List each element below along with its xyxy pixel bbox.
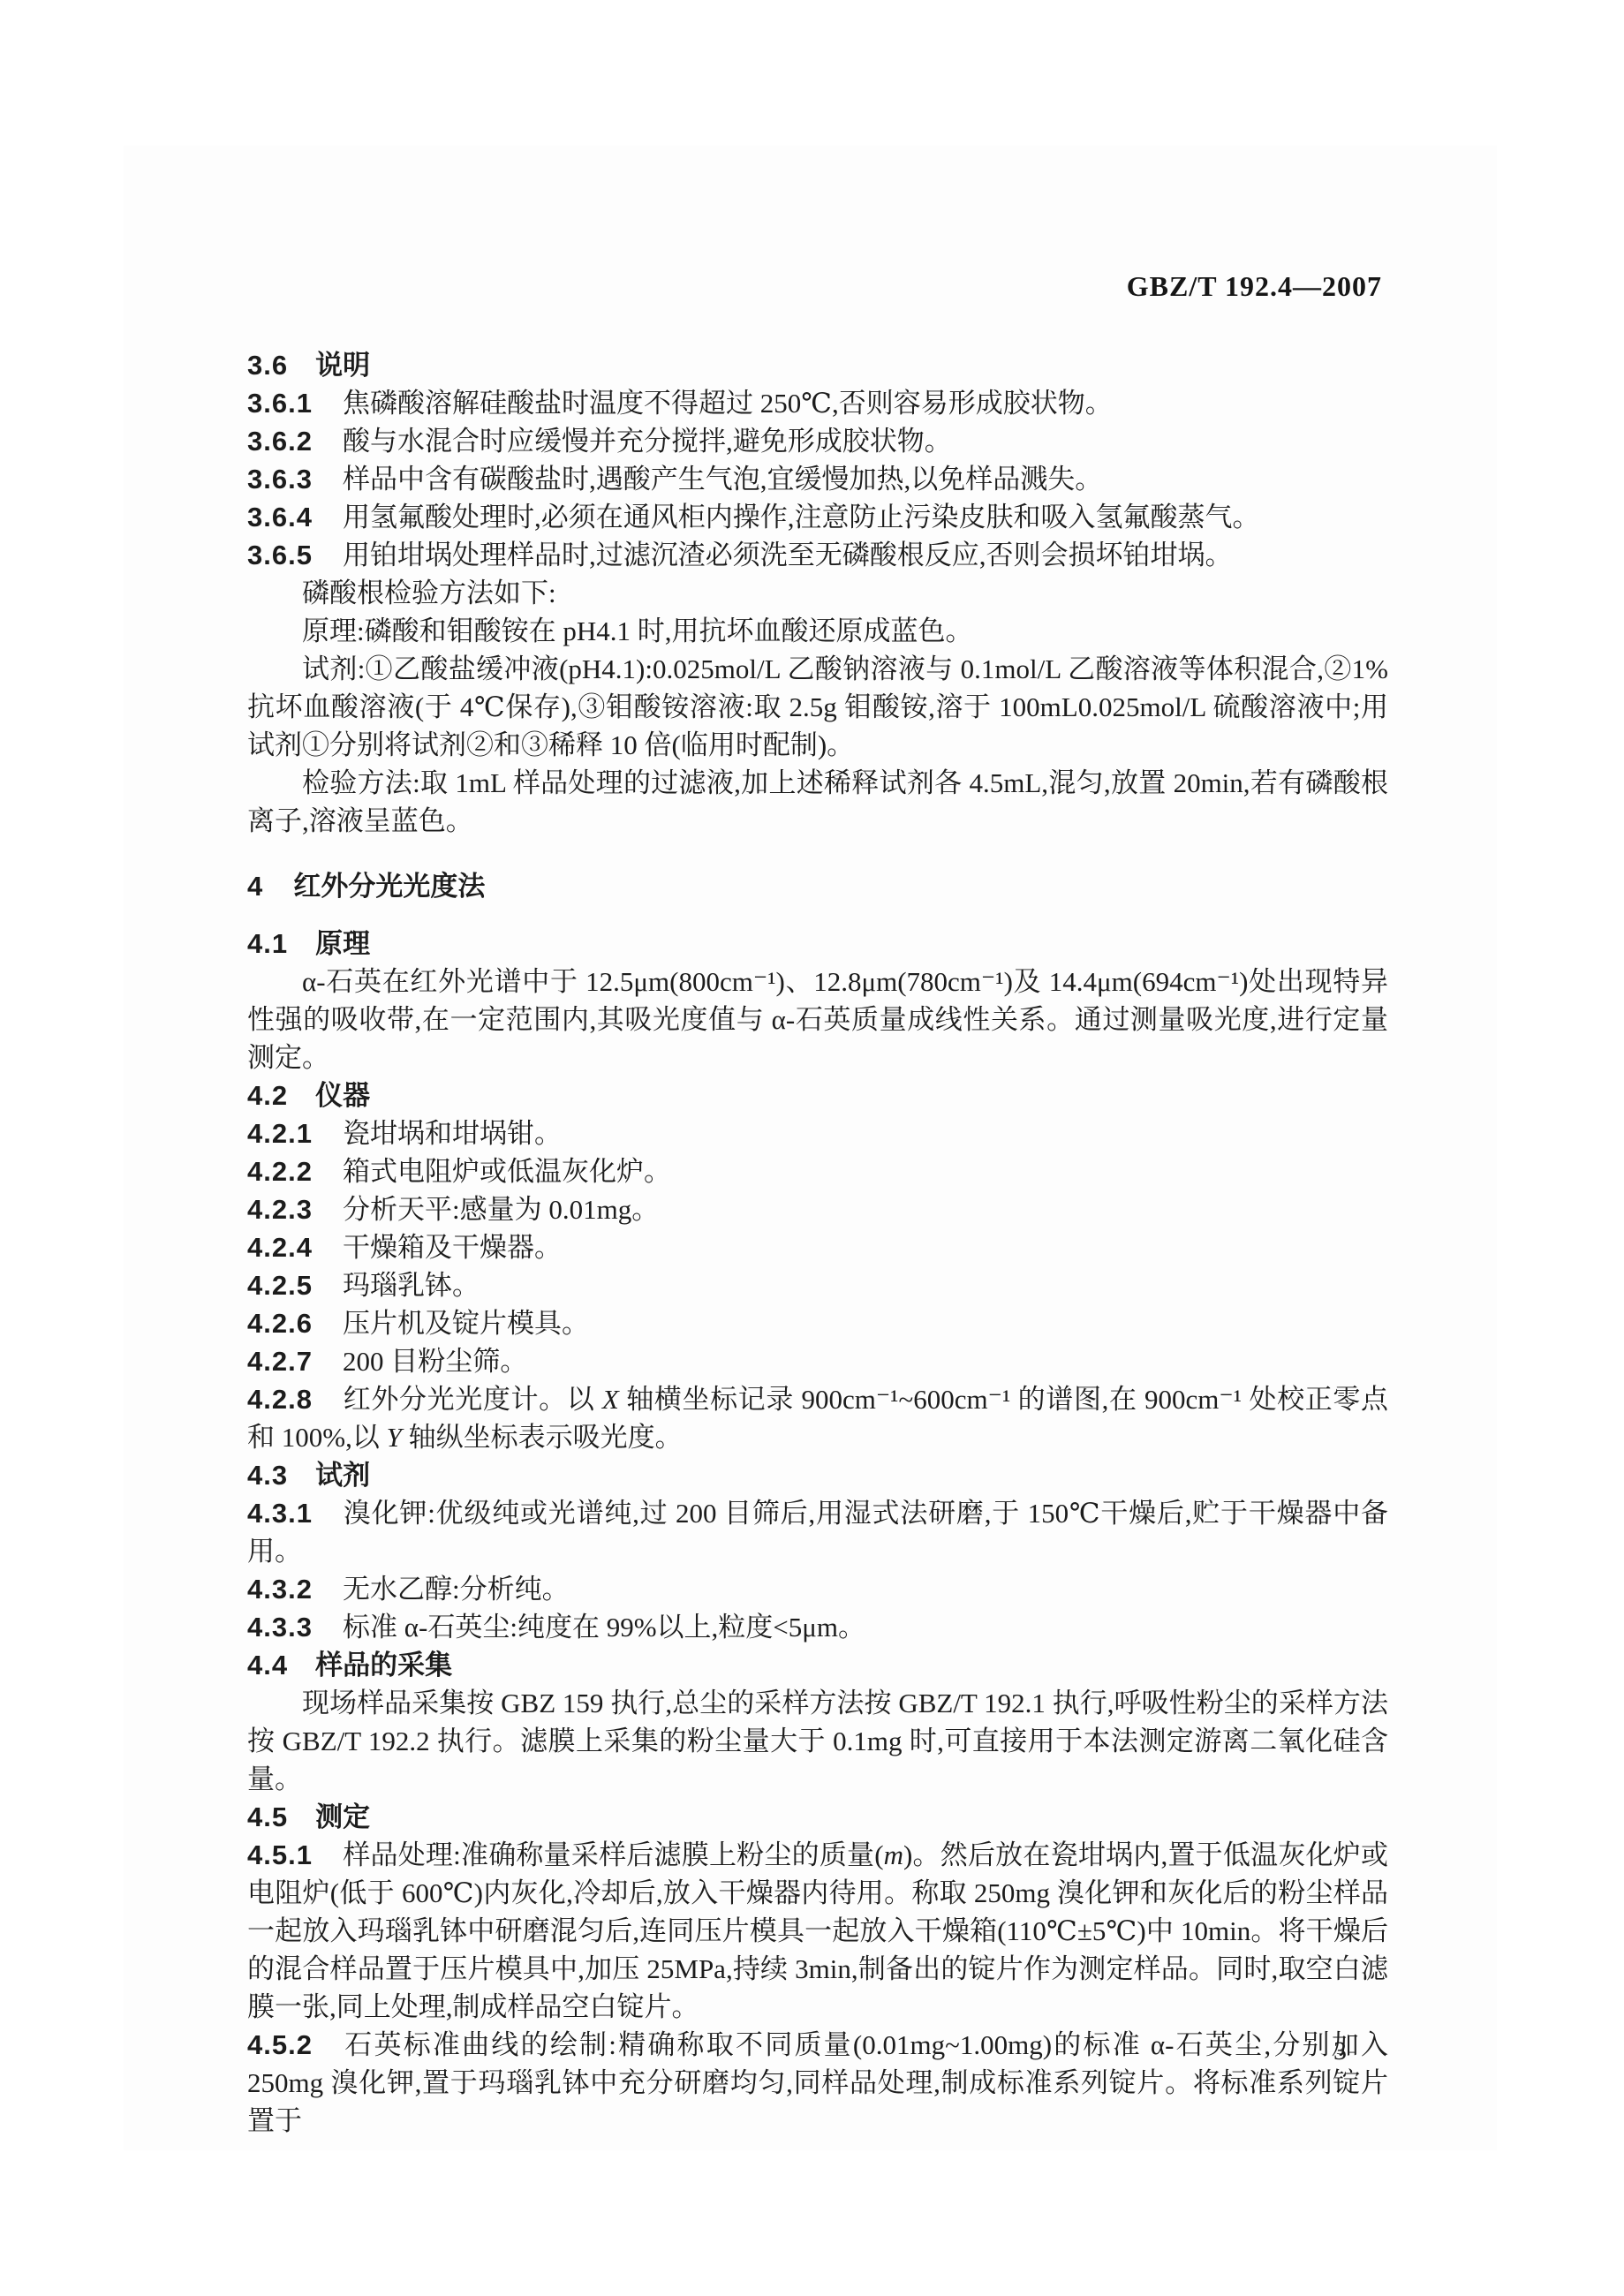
- section-heading-4-5: 4.5测定: [247, 1798, 1388, 1836]
- clause-number: 3.6.3: [247, 464, 313, 495]
- clause-text: 箱式电阻炉或低温灰化炉。: [343, 1156, 671, 1187]
- paragraph-reagents: 试剂:①乙酸盐缓冲液(pH4.1):0.025mol/L 乙酸钠溶液与 0.1m…: [247, 650, 1388, 764]
- clause-4-2-5: 4.2.5玛瑙乳钵。: [247, 1266, 1388, 1304]
- clause-4-3-3: 4.3.3标准 α-石英尘:纯度在 99%以上,粒度<5μm。: [247, 1608, 1388, 1646]
- section-number: 4.3: [247, 1460, 288, 1491]
- clause-3-6-5: 3.6.5用铂坩埚处理样品时,过滤沉渣必须洗至无磷酸根反应,否则会损坏铂坩埚。: [247, 536, 1388, 574]
- section-title: 测定: [315, 1801, 370, 1832]
- clause-text: 标准 α-石英尘:纯度在 99%以上,粒度<5μm。: [343, 1612, 865, 1643]
- page-number: 3: [1333, 2036, 1347, 2066]
- section-number: 4.5: [247, 1801, 288, 1832]
- clause-text: 分析天平:感量为 0.01mg。: [343, 1194, 659, 1225]
- clause-number: 3.6.5: [247, 540, 313, 570]
- chapter-heading-4: 4红外分光光度法: [247, 867, 1388, 905]
- clause-text: 样品中含有碳酸盐时,遇酸产生气泡,宜缓慢加热,以免样品溅失。: [343, 464, 1102, 495]
- section-number: 4.2: [247, 1080, 288, 1111]
- variable-m: m: [884, 1839, 903, 1870]
- clause-4-3-2: 4.3.2无水乙醇:分析纯。: [247, 1570, 1388, 1608]
- clause-4-5-1: 4.5.1样品处理:准确称量采样后滤膜上粉尘的质量(m)。然后放在瓷坩埚内,置于…: [247, 1836, 1388, 2026]
- clause-4-2-7: 4.2.7200 目粉尘筛。: [247, 1342, 1388, 1380]
- clause-number: 4.2.1: [247, 1118, 313, 1149]
- clause-number: 4.3.1: [247, 1498, 313, 1529]
- scanned-document-page: GBZ/T 192.4—2007 3.6说明 3.6.1焦磷酸溶解硅酸盐时温度不…: [0, 0, 1624, 2296]
- paragraph-4-1-principle: α-石英在红外光谱中于 12.5μm(800cm⁻¹)、12.8μm(780cm…: [247, 963, 1388, 1076]
- clause-3-6-2: 3.6.2酸与水混合时应缓慢并充分搅拌,避免形成胶状物。: [247, 422, 1388, 460]
- clause-text: 200 目粉尘筛。: [343, 1346, 527, 1377]
- clause-text: 无水乙醇:分析纯。: [343, 1574, 570, 1605]
- clause-text: 干燥箱及干燥器。: [343, 1232, 562, 1263]
- clause-text: 玛瑙乳钵。: [343, 1270, 480, 1301]
- paragraph-phosphate-intro: 磷酸根检验方法如下:: [247, 574, 1388, 612]
- section-number: 4.4: [247, 1650, 288, 1680]
- clause-number: 3.6.4: [247, 502, 313, 532]
- section-heading-4-3: 4.3试剂: [247, 1456, 1388, 1494]
- clause-number: 4.3.2: [247, 1574, 313, 1605]
- clause-number: 4.2.6: [247, 1308, 313, 1339]
- clause-3-6-4: 3.6.4用氢氟酸处理时,必须在通风柜内操作,注意防止污染皮肤和吸入氢氟酸蒸气。: [247, 498, 1388, 536]
- clause-3-6-3: 3.6.3样品中含有碳酸盐时,遇酸产生气泡,宜缓慢加热,以免样品溅失。: [247, 460, 1388, 498]
- chapter-title: 红外分光光度法: [293, 871, 485, 902]
- paragraph-principle: 原理:磷酸和钼酸铵在 pH4.1 时,用抗坏血酸还原成蓝色。: [247, 612, 1388, 650]
- clause-number: 4.5.2: [247, 2029, 313, 2060]
- clause-text: 石英标准曲线的绘制:精确称取不同质量(0.01mg~1.00mg)的标准 α-石…: [247, 2029, 1388, 2136]
- clause-4-2-1: 4.2.1瓷坩埚和坩埚钳。: [247, 1114, 1388, 1152]
- clause-4-2-4: 4.2.4干燥箱及干燥器。: [247, 1228, 1388, 1266]
- paragraph-test-method: 检验方法:取 1mL 样品处理的过滤液,加上述稀释试剂各 4.5mL,混匀,放置…: [247, 764, 1388, 840]
- section-heading-3-6: 3.6说明: [247, 346, 1388, 384]
- clause-4-5-2: 4.5.2石英标准曲线的绘制:精确称取不同质量(0.01mg~1.00mg)的标…: [247, 2026, 1388, 2140]
- clause-4-2-3: 4.2.3分析天平:感量为 0.01mg。: [247, 1190, 1388, 1228]
- clause-number: 4.2.5: [247, 1270, 313, 1301]
- clause-text: 溴化钾:优级纯或光谱纯,过 200 目筛后,用湿式法研磨,于 150℃干燥后,贮…: [247, 1498, 1388, 1567]
- paragraph-4-4-sampling: 现场样品采集按 GBZ 159 执行,总尘的采样方法按 GBZ/T 192.1 …: [247, 1684, 1388, 1798]
- clause-4-3-1: 4.3.1溴化钾:优级纯或光谱纯,过 200 目筛后,用湿式法研磨,于 150℃…: [247, 1494, 1388, 1570]
- clause-number: 4.2.3: [247, 1194, 313, 1225]
- document-body: 3.6说明 3.6.1焦磷酸溶解硅酸盐时温度不得超过 250℃,否则容易形成胶状…: [247, 346, 1388, 2140]
- section-number: 4.1: [247, 928, 288, 959]
- clause-text: 轴纵坐标表示吸光度。: [402, 1422, 683, 1453]
- clause-3-6-1: 3.6.1焦磷酸溶解硅酸盐时温度不得超过 250℃,否则容易形成胶状物。: [247, 384, 1388, 422]
- chapter-number: 4: [247, 871, 263, 902]
- section-heading-4-1: 4.1原理: [247, 925, 1388, 963]
- clause-number: 3.6.1: [247, 388, 313, 419]
- clause-4-2-8: 4.2.8红外分光光度计。以 X 轴横坐标记录 900cm⁻¹~600cm⁻¹ …: [247, 1380, 1388, 1456]
- clause-number: 4.3.3: [247, 1612, 313, 1643]
- section-title: 说明: [315, 350, 370, 381]
- section-title: 样品的采集: [315, 1650, 452, 1680]
- clause-number: 3.6.2: [247, 426, 313, 457]
- clause-text: 压片机及锭片模具。: [343, 1308, 589, 1339]
- variable-y: Y: [387, 1422, 402, 1453]
- section-number: 3.6: [247, 350, 288, 381]
- clause-text: 瓷坩埚和坩埚钳。: [343, 1118, 562, 1149]
- section-heading-4-4: 4.4样品的采集: [247, 1646, 1388, 1684]
- section-title: 原理: [315, 928, 370, 959]
- clause-text: 样品处理:准确称量采样后滤膜上粉尘的质量(: [343, 1839, 884, 1870]
- variable-x: X: [602, 1384, 619, 1415]
- section-title: 仪器: [315, 1080, 370, 1111]
- clause-4-2-2: 4.2.2箱式电阻炉或低温灰化炉。: [247, 1152, 1388, 1190]
- clause-number: 4.2.4: [247, 1232, 313, 1263]
- clause-number: 4.2.2: [247, 1156, 313, 1187]
- clause-text: 用铂坩埚处理样品时,过滤沉渣必须洗至无磷酸根反应,否则会损坏铂坩埚。: [343, 540, 1233, 570]
- clause-number: 4.2.8: [247, 1384, 313, 1415]
- clause-text: 焦磷酸溶解硅酸盐时温度不得超过 250℃,否则容易形成胶状物。: [343, 388, 1113, 419]
- standard-code-header: GBZ/T 192.4—2007: [0, 270, 1382, 303]
- clause-text: 用氢氟酸处理时,必须在通风柜内操作,注意防止污染皮肤和吸入氢氟酸蒸气。: [343, 502, 1260, 532]
- clause-text: 酸与水混合时应缓慢并充分搅拌,避免形成胶状物。: [343, 426, 952, 457]
- section-title: 试剂: [315, 1460, 370, 1491]
- clause-number: 4.2.7: [247, 1346, 313, 1377]
- clause-text: 红外分光光度计。以: [343, 1384, 602, 1415]
- clause-4-2-6: 4.2.6压片机及锭片模具。: [247, 1304, 1388, 1342]
- section-heading-4-2: 4.2仪器: [247, 1076, 1388, 1114]
- clause-number: 4.5.1: [247, 1839, 313, 1870]
